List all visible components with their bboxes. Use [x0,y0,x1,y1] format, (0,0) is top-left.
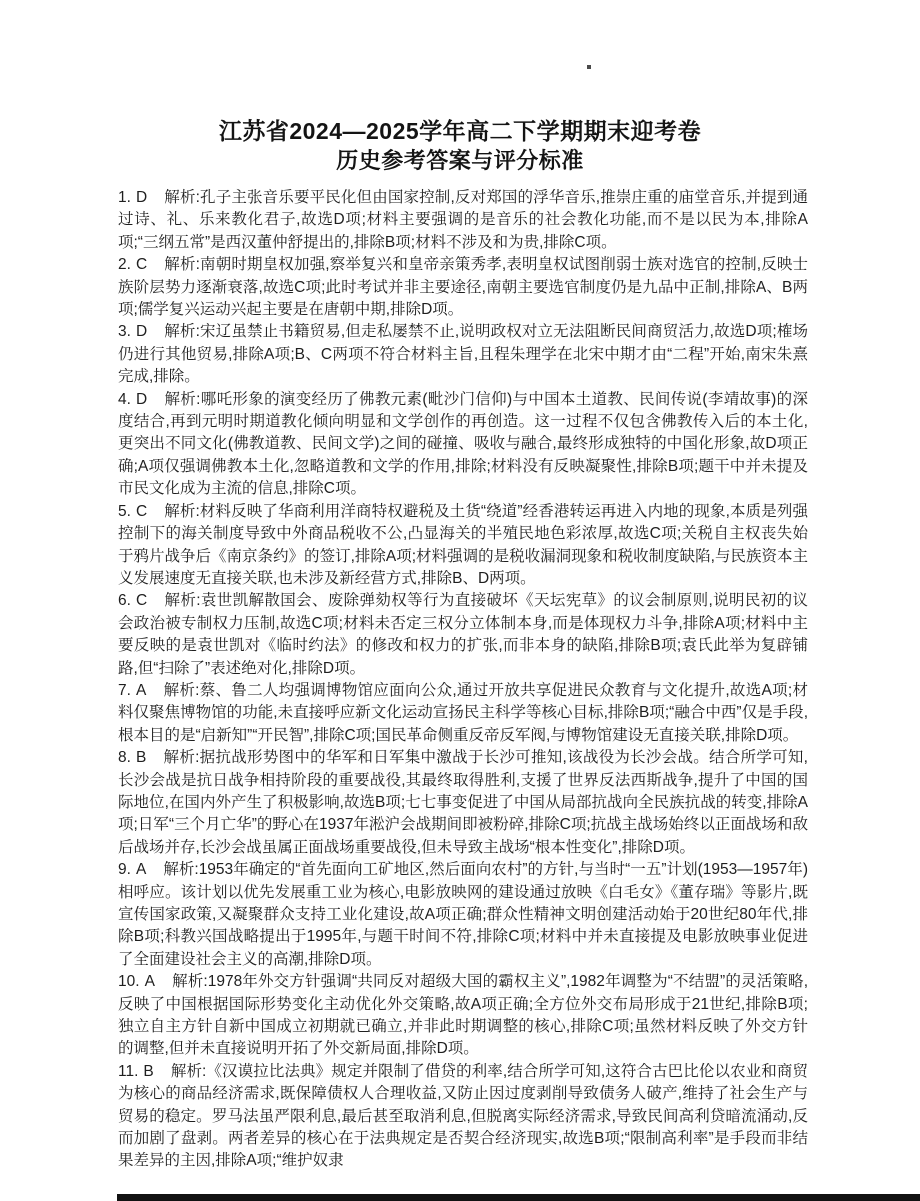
answer-choice: D [136,323,147,340]
document-subtitle: 历史参考答案与评分标准 [0,146,920,176]
answer-item-7: 7.A解析:蔡、鲁二人均强调博物馆应面向公众,通过开放共享促进民众教育与文化提升… [118,680,808,747]
question-number: 1. [118,189,131,206]
analysis-text: 解析:1978年外交方针强调“共同反对超级大国的霸权主义”,1982年调整为“不… [118,973,808,1057]
answer-choice: D [136,189,147,206]
stray-dot [587,65,591,69]
answer-item-3: 3.D解析:宋辽虽禁止书籍贸易,但走私屡禁不止,说明政权对立无法阻断民间商贸活力… [118,321,808,388]
answer-item-5: 5.C解析:材料反映了华商利用洋商特权避税及土货“绕道”经香港转运再进入内地的现… [118,501,808,591]
answer-item-11: 11.B解析:《汉谟拉比法典》规定并限制了借贷的利率,结合所学可知,这符合古巴比… [118,1061,808,1173]
answer-choice: B [136,749,146,766]
document-page: 江苏省2024—2025学年高二下学期期末迎考卷 历史参考答案与评分标准 1.D… [0,0,920,1201]
answer-item-9: 9.A解析:1953年确定的“首先面向工矿地区,然后面向农村”的方针,与当时“一… [118,859,808,971]
answer-list: 1.D解析:孔子主张音乐要平民化但由国家控制,反对郑国的浮华音乐,推崇庄重的庙堂… [118,187,808,1173]
answer-choice: A [136,861,146,878]
question-number: 6. [118,592,131,609]
answer-item-2: 2.C解析:南朝时期皇权加强,察举复兴和皇帝亲策秀孝,表明皇权试图削弱士族对选官… [118,254,808,321]
analysis-text: 解析:南朝时期皇权加强,察举复兴和皇帝亲策秀孝,表明皇权试图削弱士族对选官的控制… [118,256,808,318]
answer-choice: A [145,973,155,990]
answer-item-10: 10.A解析:1978年外交方针强调“共同反对超级大国的霸权主义”,1982年调… [118,971,808,1061]
analysis-text: 解析:宋辽虽禁止书籍贸易,但走私屡禁不止,说明政权对立无法阻断民间商贸活力,故选… [118,323,808,385]
answer-item-4: 4.D解析:哪吒形象的演变经历了佛教元素(毗沙门信仰)与中国本土道教、民间传说(… [118,389,808,501]
page-bottom-scan-edge [117,1194,920,1201]
analysis-text: 解析:材料反映了华商利用洋商特权避税及土货“绕道”经香港转运再进入内地的现象,本… [118,503,808,587]
analysis-text: 解析:1953年确定的“首先面向工矿地区,然后面向农村”的方针,与当时“一五”计… [118,861,808,968]
document-title: 江苏省2024—2025学年高二下学期期末迎考卷 [0,0,920,146]
analysis-text: 解析:据抗战形势图中的华军和日军集中激战于长沙可推知,该战役为长沙会战。结合所学… [118,749,808,856]
analysis-text: 解析:蔡、鲁二人均强调博物馆应面向公众,通过开放共享促进民众教育与文化提升,故选… [118,682,808,744]
question-number: 10. [118,973,140,990]
answer-choice: D [136,391,147,408]
question-number: 4. [118,391,131,408]
answer-item-6: 6.C解析:袁世凯解散国会、废除弹劾权等行为直接破坏《天坛宪草》的议会制原则,说… [118,590,808,680]
question-number: 8. [118,749,131,766]
question-number: 11. [118,1063,138,1080]
analysis-text: 解析:袁世凯解散国会、废除弹劾权等行为直接破坏《天坛宪草》的议会制原则,说明民初… [118,592,808,676]
question-number: 7. [118,682,131,699]
question-number: 3. [118,323,131,340]
question-number: 9. [118,861,131,878]
analysis-text: 解析:哪吒形象的演变经历了佛教元素(毗沙门信仰)与中国本土道教、民间传说(李靖故… [118,391,808,498]
analysis-text: 解析:《汉谟拉比法典》规定并限制了借贷的利率,结合所学可知,这符合古巴比伦以农业… [118,1063,808,1170]
answer-choice: A [136,682,146,699]
answer-choice: C [136,503,147,520]
question-number: 2. [118,256,131,273]
question-number: 5. [118,503,131,520]
answer-choice: C [136,592,147,609]
answer-choice: C [136,256,147,273]
answer-item-8: 8.B解析:据抗战形势图中的华军和日军集中激战于长沙可推知,该战役为长沙会战。结… [118,747,808,859]
answer-item-1: 1.D解析:孔子主张音乐要平民化但由国家控制,反对郑国的浮华音乐,推崇庄重的庙堂… [118,187,808,254]
analysis-text: 解析:孔子主张音乐要平民化但由国家控制,反对郑国的浮华音乐,推崇庄重的庙堂音乐,… [118,189,808,251]
answer-choice: B [143,1063,153,1080]
